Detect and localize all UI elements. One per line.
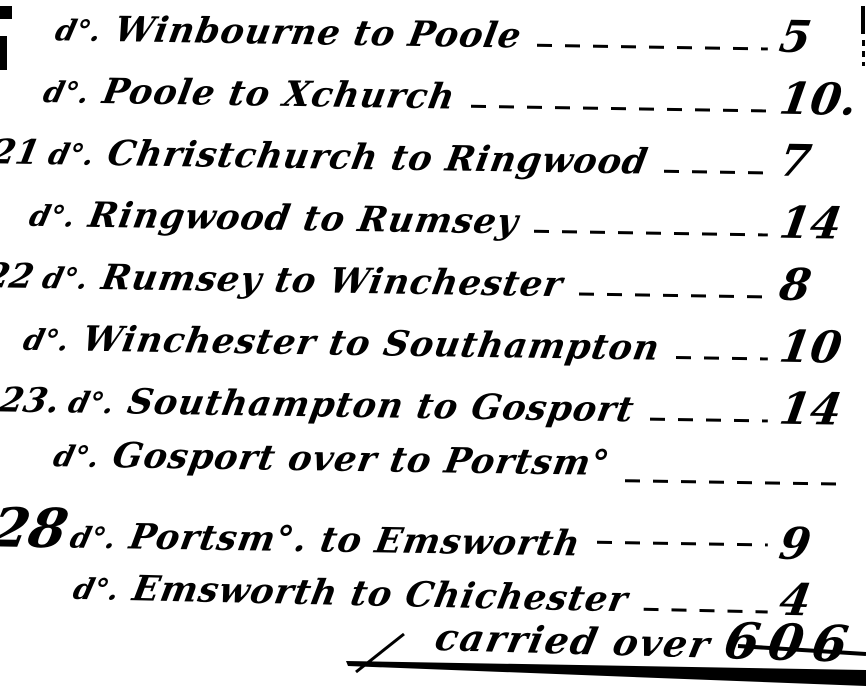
dash-leader [625,479,846,485]
miles-value: 10. [776,74,862,126]
day-number: 21 [0,132,43,173]
dash-leader [579,292,768,298]
scan-artifact-top-left [0,6,12,19]
miles-value: 7 [776,136,862,188]
miles-value: 8 [776,260,862,312]
dash-leader [534,229,768,236]
ledger-rows: d°. Winbourne to Poole 5 d°. Poole to Xc… [0,0,866,620]
dash-leader [675,355,767,359]
miles-value: 10 [776,322,862,374]
ditto-mark: d°. [26,199,79,234]
ditto-mark: d°. [40,75,93,110]
dash-leader [471,104,768,112]
route-text: Portsm°. to Emsworth [126,516,584,564]
dash-leader [650,417,768,422]
ditto-mark: d°. [52,13,105,48]
dash-leader [664,169,768,174]
ditto-mark: d°. [50,439,103,474]
day-number: 22 [0,256,37,297]
carried-over-total: 606 [720,611,861,673]
route-text: Winchester to Southampton [79,319,663,369]
route-text: Ringwood to Rumsey [85,195,521,243]
ditto-mark: d°. [20,323,73,358]
miles-value: 5 [776,12,862,64]
route-text: Rumsey to Winchester [99,257,567,305]
day-number: 28 [0,495,73,560]
manuscript-page: d°. Winbourne to Poole 5 d°. Poole to Xc… [0,0,866,687]
route-text: Winbourne to Poole [111,9,524,56]
miles-value: 14 [776,198,862,250]
scan-artifact-right-dashes [862,40,865,66]
carried-over-label: carried over [431,615,715,666]
dash-leader [596,540,767,546]
scan-artifact-left-edge [0,36,7,70]
route-text: Southampton to Gosport [124,381,637,430]
route-text: Poole to Xchurch [99,71,458,117]
route-text: Gosport over to Portsm° [109,435,612,484]
ditto-mark: d°. [45,137,98,172]
ditto-mark: d°. [65,386,118,421]
scan-artifact-right-bar [861,6,865,34]
route-text: Christchurch to Ringwood [105,133,652,182]
dash-leader [537,43,768,50]
ditto-mark: d°. [67,521,120,556]
day-number: 23. [0,380,63,421]
miles-value: 9 [776,519,862,571]
ditto-mark: d°. [39,261,92,296]
miles-value: 14 [776,384,862,436]
